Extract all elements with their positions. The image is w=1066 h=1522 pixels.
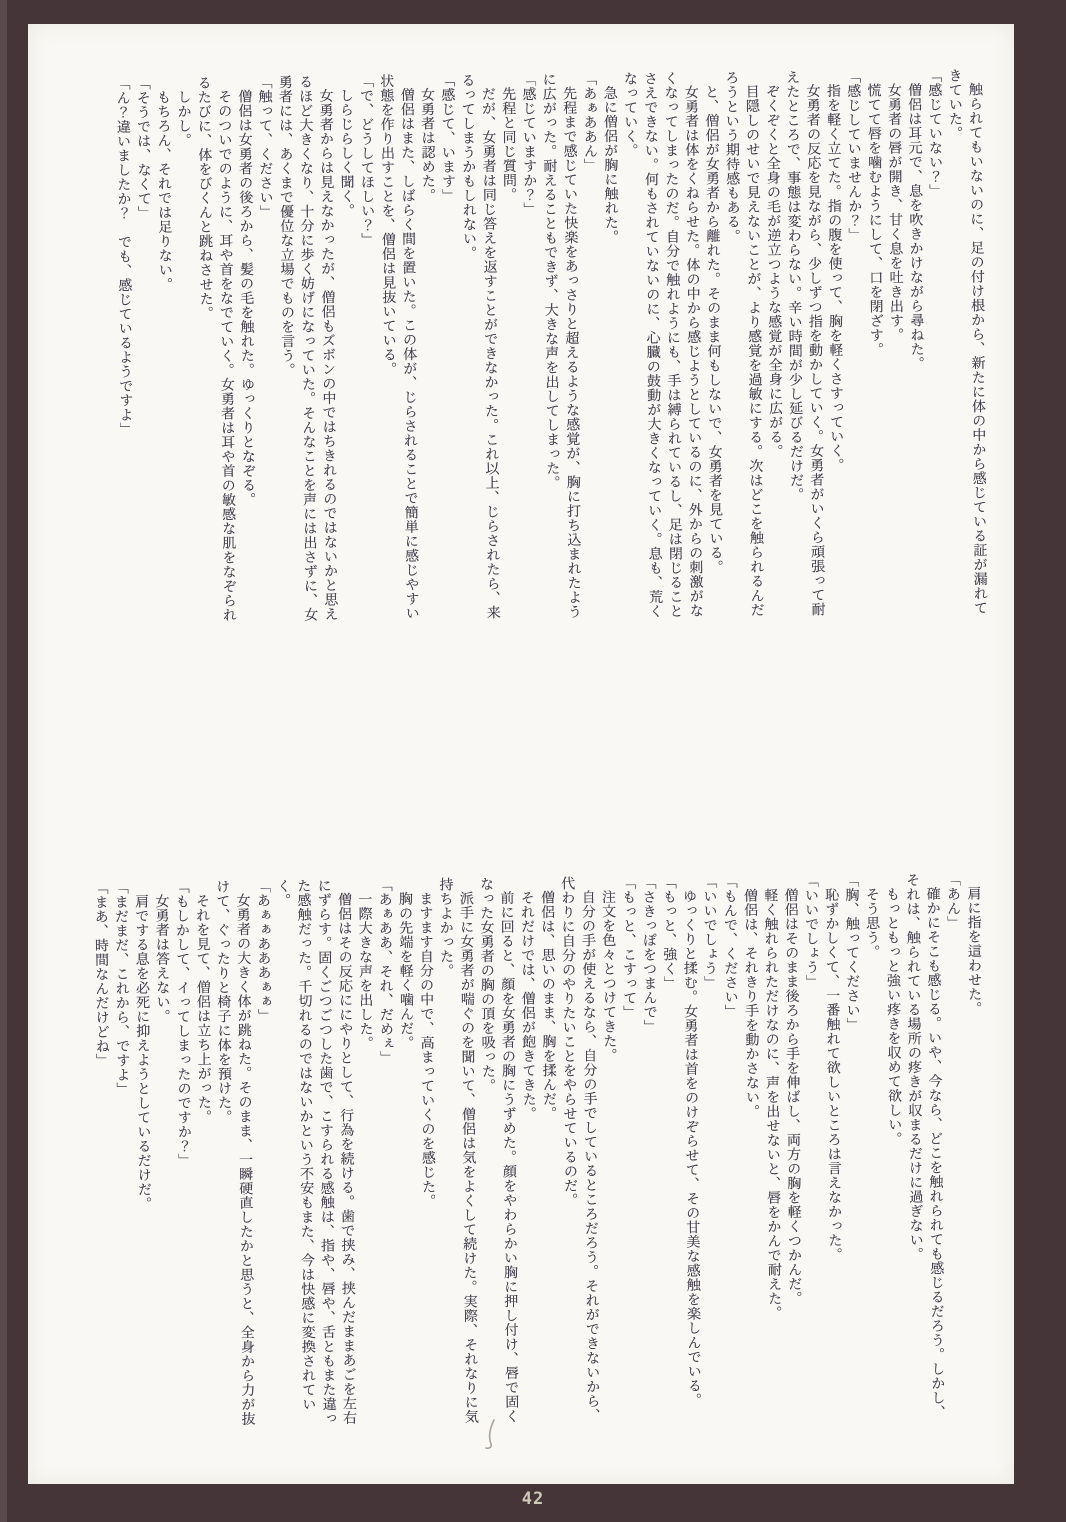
narration-paragraph: 自分の手が使えるなら、自分の手でしているところだろう。それができないから、代わり… — [556, 876, 602, 1436]
scan-artifact-mark — [478, 1418, 504, 1457]
scan-edge-strip — [0, 0, 7, 1522]
narration-paragraph: そのついでのように、耳や首をなでていく。女勇者は耳や首の敏感な肌をなぞられるたび… — [192, 75, 238, 631]
narration-paragraph: 女勇者は体をくねらせた。体の中から感じようとしているのに、外からの刺激がなくなっ… — [619, 71, 706, 628]
narration-paragraph: 触られてもいないのに、足の付け根から、新たに体の中から感じている証が漏れてきてい… — [943, 68, 989, 624]
narration-paragraph: 女勇者の大きく体が跳ねた。そのまま、一瞬硬直したかと思うと、全身から力が抜けて、… — [211, 879, 257, 1439]
narration-paragraph: だが、女勇者は同じ答えを返すことができなかった。これ以上、じらされたら、来るって… — [456, 73, 502, 629]
narration-paragraph: 女勇者の反応を見ながら、少しずつ指を動かしていく。女勇者がいくら頑張って耐えたと… — [781, 70, 827, 626]
narration-paragraph: 前に回ると、顔を女勇者の胸にうずめた。顔をやわらかい胸に押し付け、唇で固くなった… — [475, 876, 521, 1436]
narration-paragraph: 確かにそこも感じる。いや、今なら、どこを触れられても感じるだろう。しかし、それは… — [901, 872, 947, 1432]
text-block-bottom: 肩に指を這わせた。「あん」確かにそこも感じる。いや、今なら、どこを触れられても感… — [89, 872, 987, 1441]
narration-paragraph: 派手に女勇者が喘ぐのを聞いて、僧侶は気をよくして続けた。実際、それなりに気持ちよ… — [434, 877, 480, 1437]
narration-paragraph: 先程まで感じていた快楽をあっさりと超えるような感覚が、胸に打ち込まれたように広が… — [537, 72, 583, 628]
narration-paragraph: 僧侶はまた、しばらく間を置いた。この体が、じらされることで簡単に感じやすい状態を… — [375, 73, 421, 629]
narration-paragraph: 女勇者からは見えなかったが、僧侶もズボンの中ではちきれるのではないかと思えるほど… — [274, 74, 340, 631]
page-number: 42 — [0, 1489, 1066, 1509]
narration-paragraph: 目隠しのせいで見えないことが、より感覚を過敏にする。次はどこを触られるんだろうと… — [720, 70, 766, 626]
scanned-page: 触られてもいないのに、足の付け根から、新たに体の中から感じている証が漏れてきてい… — [0, 0, 1066, 1522]
text-block-top: 触られてもいないのに、足の付け根から、新たに体の中から感じている証が漏れてきてい… — [111, 68, 989, 632]
narration-paragraph: 僧侶はその反応ににやりとして、行為を続ける。歯で挟み、挟んだままあごを左右にずら… — [272, 878, 359, 1439]
